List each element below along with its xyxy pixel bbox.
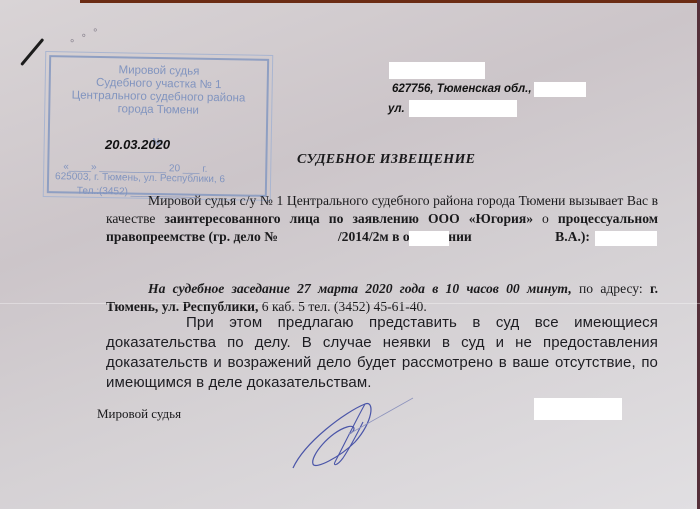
stamp-address: 625003, г. Тюмень, ул. Республики, 6: [55, 171, 225, 185]
redacted-case-number: [409, 231, 449, 246]
hearing-address-rest: 6 каб. 5 тел. (3452) 45-61-40.: [258, 299, 426, 314]
staple-mark: [20, 38, 44, 66]
recipient-postal-line: 627756, Тюменская обл.,: [392, 83, 532, 95]
court-stamp: Мировой судья Судебного участка № 1 Цент…: [47, 55, 269, 197]
evidence-text: При этом предлагаю представить в суд все…: [106, 314, 658, 391]
paragraph-evidence: При этом предлагаю представить в суд все…: [106, 313, 658, 393]
hearing-address-prefix: по адресу:: [572, 281, 650, 296]
summons-mid: о: [533, 211, 558, 226]
summons-party-bold: заинтересованного лица по заявлению ООО …: [164, 211, 533, 226]
redacted-street: [409, 100, 517, 117]
signer-title: Мировой судья: [97, 406, 181, 422]
redacted-recipient-name: [389, 62, 485, 79]
summons-case-suffix: /2014/2м в отношении: [338, 229, 472, 244]
document-title: СУДЕБНОЕ ИЗВЕЩЕНИЕ: [297, 152, 475, 168]
photo-edge-top: [80, 0, 700, 3]
paragraph-summons: Мировой судья с/у № 1 Центрального судеб…: [106, 192, 658, 246]
hearing-datetime: На судебное заседание 27 марта 2020 года…: [148, 281, 572, 296]
redacted-defendant-name: [595, 231, 657, 246]
summons-tail: В.А.):: [555, 229, 590, 244]
paragraph-hearing: На судебное заседание 27 марта 2020 года…: [106, 280, 658, 316]
signature: [285, 392, 415, 477]
redacted-locality: [534, 82, 586, 97]
punch-holes: ∘ ∘ ∘: [67, 23, 102, 47]
recipient-street-prefix: ул.: [388, 103, 405, 115]
handwritten-date: 20.03.2020: [105, 137, 170, 152]
paper-fold: [0, 303, 700, 304]
redacted-judge-name: [534, 398, 622, 420]
